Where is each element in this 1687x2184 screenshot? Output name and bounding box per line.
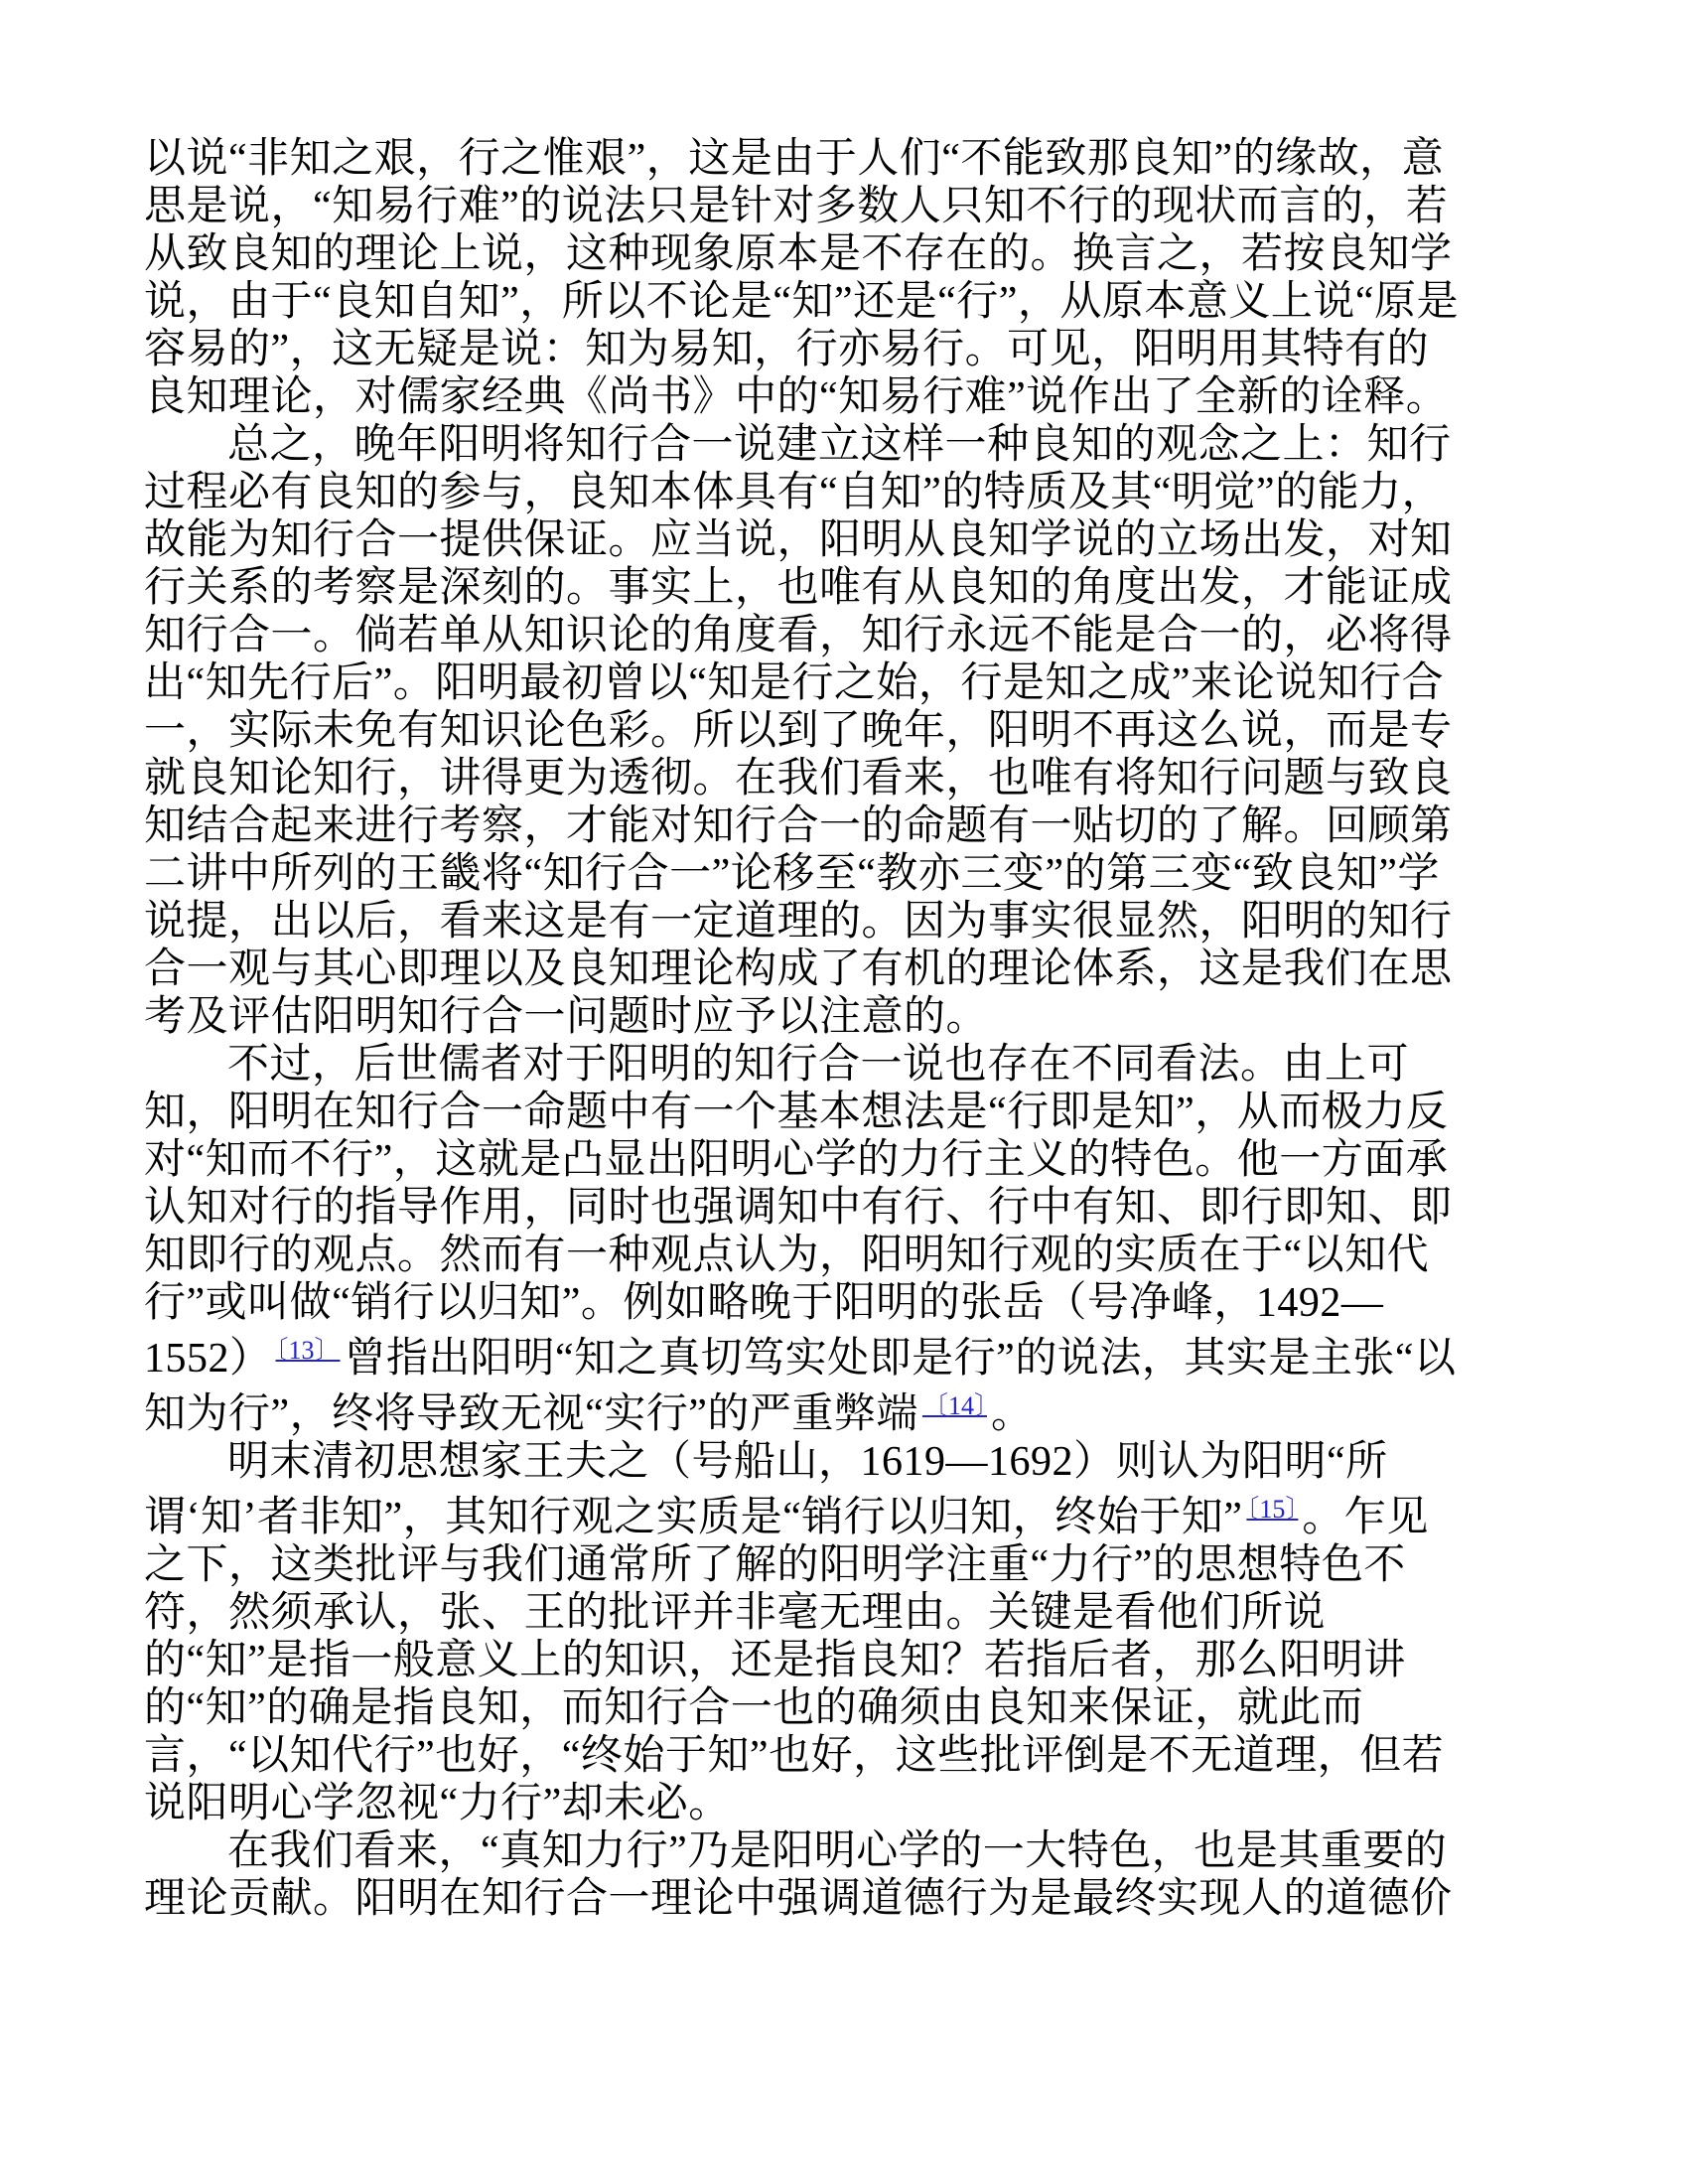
text-line: 二讲中所列的王畿将“知行合一”论移至“教亦三变”的第三变“致良知”学 <box>144 850 1546 898</box>
text-line: 考及评估阳明知行合一问题时应予以注意的。 <box>144 993 1546 1041</box>
text-run: 知即行的观点。然而有一种观点认为，阳明知行观的实质在于“以知代 <box>144 1233 1429 1278</box>
paragraph-3: 不过，后世儒者对于阳明的知行合一说也存在不同看法。由上可知，阳明在知行合一命题中… <box>144 1041 1546 1438</box>
paragraph-1: 以说“非知之艰，行之惟艰”，这是由于人们“不能致那良知”的缘故，意思是说，“知易… <box>144 135 1546 421</box>
text-run: 在我们看来，“真知力行”乃是阳明心学的一大特色，也是其重要的 <box>227 1828 1447 1874</box>
text-run: 。 <box>991 1391 1034 1437</box>
text-line: 谓‘知’者非知”，其知行观之实质是“销行以归知，终始于知”〔15〕。乍见 <box>144 1486 1546 1541</box>
text-run: 言，“以知代行”也好，“终始于知”也好，这些批评倒是不无道理，但若 <box>144 1733 1444 1779</box>
text-run: 就良知论知行，讲得更为透彻。在我们看来，也唯有将知行问题与致良 <box>144 756 1453 801</box>
text-line: 故能为知行合一提供保证。应当说，阳明从良知学说的立场出发，对知 <box>144 516 1546 564</box>
text-run: 的“知”的确是指良知，而知行合一也的确须由良知来保证，就此而 <box>144 1685 1363 1731</box>
text-line: 之下，这类批评与我们通常所了解的阳明学注重“力行”的思想特色不 <box>144 1541 1546 1589</box>
text-run: 过程必有良知的参与，良知本体具有“自知”的特质及其“明觉”的能力， <box>144 470 1444 515</box>
paragraph-4: 明末清初思想家王夫之（号船山，1619—1692）则认为阳明“所谓‘知’者非知”… <box>144 1438 1546 1827</box>
text-line: 的“知”是指一般意义上的知识，还是指良知？若指后者，那么阳明讲 <box>144 1637 1546 1684</box>
text-run: 良知理论，对儒家经典《尚书》中的“知易行难”说作出了全新的诠释。 <box>144 374 1448 420</box>
footnote-ref-14[interactable]: 〔14〕 <box>922 1391 987 1420</box>
text-line: 知行合一。倘若单从知识论的角度看，知行永远不能是合一的，必将得 <box>144 612 1546 659</box>
text-line: 行关系的考察是深刻的。事实上，也唯有从良知的角度出发，才能证成 <box>144 564 1546 612</box>
text-run: 说，由于“良知自知”，所以不论是“知”还是“行”，从原本意义上说“原是 <box>144 279 1459 325</box>
text-column: 以说“非知之艰，行之惟艰”，这是由于人们“不能致那良知”的缘故，意思是说，“知易… <box>144 135 1546 1923</box>
text-run: 思是说，“知易行难”的说法只是针对多数人只知不行的现状而言的，若 <box>144 184 1448 229</box>
text-line: 知，阳明在知行合一命题中有一个基本想法是“行即是知”，从而极力反 <box>144 1089 1546 1136</box>
text-line: 对“知而不行”，这就是凸显出阳明心学的力行主义的特色。他一方面承 <box>144 1136 1546 1184</box>
text-run: 认知对行的指导作用，同时也强调知中有行、行中有知、即行即知、即 <box>144 1185 1453 1231</box>
text-line: 一，实际未免有知识论色彩。所以到了晚年，阳明不再这么说，而是专 <box>144 707 1546 755</box>
text-line: 知为行”，终将导致无视“实行”的严重弊端〔14〕。 <box>144 1383 1546 1438</box>
text-line: 知即行的观点。然而有一种观点认为，阳明知行观的实质在于“以知代 <box>144 1232 1546 1279</box>
text-line: 符，然须承认，张、王的批评并非毫无理由。关键是看他们所说 <box>144 1589 1546 1637</box>
text-run: 明末清初思想家王夫之（号船山，1619—1692）则认为阳明“所 <box>227 1439 1388 1485</box>
page: 以说“非知之艰，行之惟艰”，这是由于人们“不能致那良知”的缘故，意思是说，“知易… <box>0 0 1687 2184</box>
footnote-ref-15[interactable]: 〔15〕 <box>1246 1495 1298 1524</box>
text-run: 之下，这类批评与我们通常所了解的阳明学注重“力行”的思想特色不 <box>144 1542 1406 1588</box>
text-run: 的“知”是指一般意义上的知识，还是指良知？若指后者，那么阳明讲 <box>144 1638 1406 1683</box>
text-run: 出“知先行后”。阳明最初曾以“知是行之始，行是知之成”来论说知行合 <box>144 660 1444 706</box>
text-line: 言，“以知代行”也好，“终始于知”也好，这些批评倒是不无道理，但若 <box>144 1732 1546 1780</box>
text-line: 在我们看来，“真知力行”乃是阳明心学的一大特色，也是其重要的 <box>144 1827 1546 1875</box>
text-line: 良知理论，对儒家经典《尚书》中的“知易行难”说作出了全新的诠释。 <box>144 373 1546 421</box>
text-line: 明末清初思想家王夫之（号船山，1619—1692）则认为阳明“所 <box>144 1438 1546 1486</box>
text-line: 不过，后世儒者对于阳明的知行合一说也存在不同看法。由上可 <box>144 1041 1546 1089</box>
text-line: 合一观与其心即理以及良知理论构成了有机的理论体系，这是我们在思 <box>144 946 1546 993</box>
text-run: 行关系的考察是深刻的。事实上，也唯有从良知的角度出发，才能证成 <box>144 565 1453 611</box>
text-line: 过程必有良知的参与，良知本体具有“自知”的特质及其“明觉”的能力， <box>144 469 1546 516</box>
text-line: 说提，出以后，看来这是有一定道理的。因为事实很显然，阳明的知行 <box>144 898 1546 946</box>
text-line: 容易的”，这无疑是说：知为易知，行亦易行。可见，阳明用其特有的 <box>144 326 1546 373</box>
text-run: 考及评估阳明知行合一问题时应予以注意的。 <box>144 994 988 1040</box>
text-run: 不过，后世儒者对于阳明的知行合一说也存在不同看法。由上可 <box>227 1042 1409 1088</box>
text-run: 容易的”，这无疑是说：知为易知，行亦易行。可见，阳明用其特有的 <box>144 327 1429 372</box>
text-run: 知为行”，终将导致无视“实行”的严重弊端 <box>144 1391 918 1437</box>
text-run: 符，然须承认，张、王的批评并非毫无理由。关键是看他们所说 <box>144 1590 1326 1636</box>
text-run: 从致良知的理论上说，这种现象原本是不存在的。换言之，若按良知学 <box>144 231 1453 277</box>
text-run: 说阳明心学忽视“力行”却未必。 <box>144 1781 731 1826</box>
text-run: 曾指出阳明“知之真切笃实处即是行”的说法，其实是主张“以 <box>345 1336 1457 1382</box>
text-line: 行”或叫做“销行以归知”。例如略晚于阳明的张岳（号净峰，1492— <box>144 1279 1546 1327</box>
footnote-ref-13[interactable]: 〔13〕 <box>276 1336 341 1365</box>
text-run: 。乍见 <box>1302 1495 1429 1540</box>
text-run: 谓‘知’者非知”，其知行观之实质是“销行以归知，终始于知” <box>144 1495 1242 1540</box>
text-run: 知，阳明在知行合一命题中有一个基本想法是“行即是知”，从而极力反 <box>144 1090 1448 1135</box>
text-line: 思是说，“知易行难”的说法只是针对多数人只知不行的现状而言的，若 <box>144 183 1546 230</box>
text-line: 的“知”的确是指良知，而知行合一也的确须由良知来保证，就此而 <box>144 1684 1546 1732</box>
text-run: 对“知而不行”，这就是凸显出阳明心学的力行主义的特色。他一方面承 <box>144 1137 1448 1183</box>
text-line: 出“知先行后”。阳明最初曾以“知是行之始，行是知之成”来论说知行合 <box>144 659 1546 707</box>
text-run: 1552） <box>144 1336 272 1382</box>
text-run: 知行合一。倘若单从知识论的角度看，知行永远不能是合一的，必将得 <box>144 613 1453 658</box>
text-run: 理论贡献。阳明在知行合一理论中强调道德行为是最终实现人的道德价 <box>144 1876 1453 1922</box>
text-line: 说，由于“良知自知”，所以不论是“知”还是“行”，从原本意义上说“原是 <box>144 278 1546 326</box>
text-run: 一，实际未免有知识论色彩。所以到了晚年，阳明不再这么说，而是专 <box>144 708 1453 754</box>
text-run: 二讲中所列的王畿将“知行合一”论移至“教亦三变”的第三变“致良知”学 <box>144 851 1440 897</box>
text-line: 知结合起来进行考察，才能对知行合一的命题有一贴切的了解。回顾第 <box>144 802 1546 850</box>
text-line: 就良知论知行，讲得更为透彻。在我们看来，也唯有将知行问题与致良 <box>144 755 1546 802</box>
text-run: 说提，出以后，看来这是有一定道理的。因为事实很显然，阳明的知行 <box>144 899 1453 945</box>
text-run: 知结合起来进行考察，才能对知行合一的命题有一贴切的了解。回顾第 <box>144 803 1453 849</box>
text-run: 以说“非知之艰，行之惟艰”，这是由于人们“不能致那良知”的缘故，意 <box>144 136 1444 182</box>
text-line: 说阳明心学忽视“力行”却未必。 <box>144 1780 1546 1827</box>
text-line: 1552）〔13〕曾指出阳明“知之真切笃实处即是行”的说法，其实是主张“以 <box>144 1327 1546 1383</box>
text-run: 行”或叫做“销行以归知”。例如略晚于阳明的张岳（号净峰，1492— <box>144 1280 1383 1326</box>
text-line: 认知对行的指导作用，同时也强调知中有行、行中有知、即行即知、即 <box>144 1184 1546 1232</box>
text-line: 理论贡献。阳明在知行合一理论中强调道德行为是最终实现人的道德价 <box>144 1875 1546 1923</box>
paragraph-2: 总之，晚年阳明将知行合一说建立这样一种良知的观念之上：知行过程必有良知的参与，良… <box>144 421 1546 1041</box>
paragraph-5: 在我们看来，“真知力行”乃是阳明心学的一大特色，也是其重要的理论贡献。阳明在知行… <box>144 1827 1546 1923</box>
text-line: 总之，晚年阳明将知行合一说建立这样一种良知的观念之上：知行 <box>144 421 1546 469</box>
text-run: 故能为知行合一提供保证。应当说，阳明从良知学说的立场出发，对知 <box>144 517 1453 563</box>
text-run: 合一观与其心即理以及良知理论构成了有机的理论体系，这是我们在思 <box>144 946 1453 992</box>
text-run: 总之，晚年阳明将知行合一说建立这样一种良知的观念之上：知行 <box>227 422 1452 468</box>
text-line: 从致良知的理论上说，这种现象原本是不存在的。换言之，若按良知学 <box>144 230 1546 278</box>
text-line: 以说“非知之艰，行之惟艰”，这是由于人们“不能致那良知”的缘故，意 <box>144 135 1546 183</box>
